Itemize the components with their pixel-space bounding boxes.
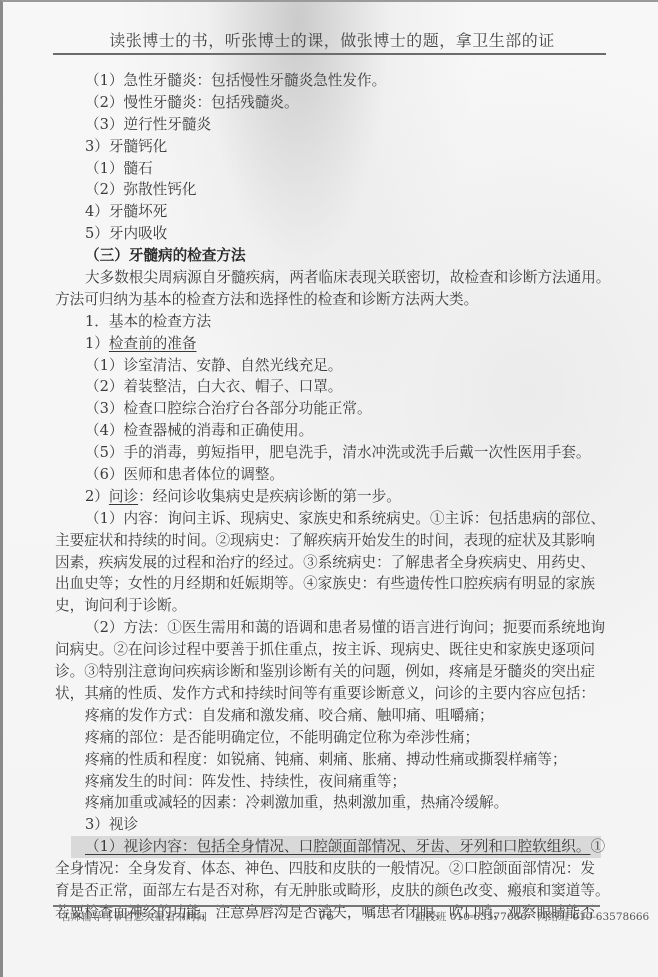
paragraph-line: 主要症状和持续的时间。②现病史：了解疾病开始发生的时间，表现的症状及其影响 <box>55 530 601 552</box>
list-item: 4）牙髓坏死 <box>55 201 601 223</box>
paragraph-line: 诊。③特别注意询问疾病诊断和鉴别诊断有关的问题，例如，疼痛是牙髓炎的突出症 <box>55 661 601 683</box>
subsection-heading: 1．基本的检查方法 <box>55 311 601 333</box>
running-header: 读张博士的书，听张博士的课，做张博士的题，拿卫生部的证 <box>3 28 658 51</box>
list-item: （5）手的消毒，剪短指甲，肥皂洗手，清水冲洗或洗手后戴一次性医用手套。 <box>55 442 601 464</box>
list-item: （1）急性牙髓炎：包括慢性牙髓炎急性发作。 <box>55 70 601 92</box>
page-footer: 名师辅导可节省您大量看书时间 76 面授班 010-63577666 网络班 0… <box>60 909 600 925</box>
paragraph-line: 史，询问利于诊断。 <box>55 595 601 617</box>
list-item: （2）弥散性钙化 <box>55 179 601 201</box>
footer-contact: 面授班 010-63577666 网络班 010-63578666 <box>415 909 649 924</box>
footer-slogan: 名师辅导可节省您大量看书时间 <box>60 909 207 924</box>
list-item: （2）着装整洁，白大衣、帽子、口罩。 <box>55 376 601 398</box>
paragraph-line: 问病史。②在问诊过程中要善于抓住重点，按主诉、现病史、既往史和家族史逐项问 <box>55 639 601 661</box>
paragraph-line: 因素，疾病发展的过程和治疗的经过。③系统病史：了解患者全身疾病史、用药史、 <box>55 552 601 574</box>
section-heading: （三）牙髓病的检查方法 <box>55 245 601 267</box>
paragraph-line: 状，其痛的性质、发作方式和持续时间等有重要诊断意义，问诊的主要内容应包括： <box>55 683 601 705</box>
list-item: （3）逆行性牙髓炎 <box>55 114 601 136</box>
list-item: （6）医师和患者体位的调整。 <box>55 464 601 486</box>
item-number: 2） <box>85 488 109 505</box>
subsection-item: 1）检查前的准备 <box>55 333 601 355</box>
paragraph-line: 全身情况：全身发育、体态、神色、四肢和皮肤的一般情况。②口腔颌面部情况：发 <box>55 858 601 880</box>
list-item: （1）诊室清洁、安静、自然光线充足。 <box>55 355 601 377</box>
paragraph-line: 出血史等；女性的月经期和妊娠期等。④家族史：有些遗传性口腔疾病有明显的家族 <box>55 573 601 595</box>
subsection-item: 2）问诊：经问诊收集病史是疾病诊断的第一步。 <box>55 486 601 508</box>
list-item: 疼痛发生的时间：阵发性、持续性，夜间痛重等； <box>55 771 601 793</box>
item-number: 1） <box>85 335 109 352</box>
paragraph-line: （2）方法：①医生需用和蔼的语调和患者易懂的语言进行询问；扼要而系统地询 <box>55 617 601 639</box>
header-divider <box>53 53 606 55</box>
list-item: （4）检查器械的消毒和正确使用。 <box>55 420 601 442</box>
highlighted-text: （1）视诊内容：包括全身情况、口腔颌面部情况、牙齿、牙列和口腔软组织。 <box>85 838 590 855</box>
item-text: ① <box>590 838 605 855</box>
underlined-term: 问诊 <box>109 488 138 505</box>
highlighted-line: （1）视诊内容：包括全身情况、口腔颌面部情况、牙齿、牙列和口腔软组织。① <box>71 836 601 858</box>
paragraph-line: 方法可归纳为基本的检查方法和选择性的检查和诊断方法两大类。 <box>55 289 601 311</box>
page-body: （1）急性牙髓炎：包括慢性牙髓炎急性发作。 （2）慢性牙髓炎：包括残髓炎。 （3… <box>55 70 601 924</box>
document-page: 读张博士的书，听张博士的课，做张博士的题，拿卫生部的证 （1）急性牙髓炎：包括慢… <box>0 0 658 977</box>
page-number: 76 <box>318 908 334 923</box>
footer-divider <box>53 905 600 907</box>
list-item: 疼痛的部位：是否能明确定位，不能明确定位称为牵涉性痛； <box>55 727 601 749</box>
item-text: ：经问诊收集病史是疾病诊断的第一步。 <box>138 488 401 505</box>
paragraph-line: （1）内容：询问主诉、现病史、家族史和系统病史。①主诉：包括患病的部位、 <box>55 508 601 530</box>
list-item: 疼痛加重或减轻的因素：冷刺激加重，热刺激加重，热痛冷缓解。 <box>55 792 601 814</box>
list-item: （2）慢性牙髓炎：包括残髓炎。 <box>55 92 601 114</box>
list-item: 5）牙内吸收 <box>55 223 601 245</box>
paragraph-line: 育是否正常，面部左右是否对称，有无肿胀或畸形，皮肤的颜色改变、瘢痕和窦道等。 <box>55 880 601 902</box>
paragraph-line: 大多数根尖周病源自牙髓疾病，两者临床表现关联密切，故检查和诊断方法通用。 <box>55 267 601 289</box>
underlined-term: 检查前的准备 <box>109 335 197 352</box>
list-item: 疼痛的发作方式：自发痛和激发痛、咬合痛、触叩痛、咀嚼痛； <box>55 705 601 727</box>
list-item: 3）牙髓钙化 <box>55 136 601 158</box>
list-item: 疼痛的性质和程度：如锐痛、钝痛、刺痛、胀痛、搏动性痛或撕裂样痛等； <box>55 749 601 771</box>
subsection-heading: 3）视诊 <box>55 814 601 836</box>
list-item: （1）髓石 <box>55 158 601 180</box>
list-item: （3）检查口腔综合治疗台各部分功能正常。 <box>55 398 601 420</box>
